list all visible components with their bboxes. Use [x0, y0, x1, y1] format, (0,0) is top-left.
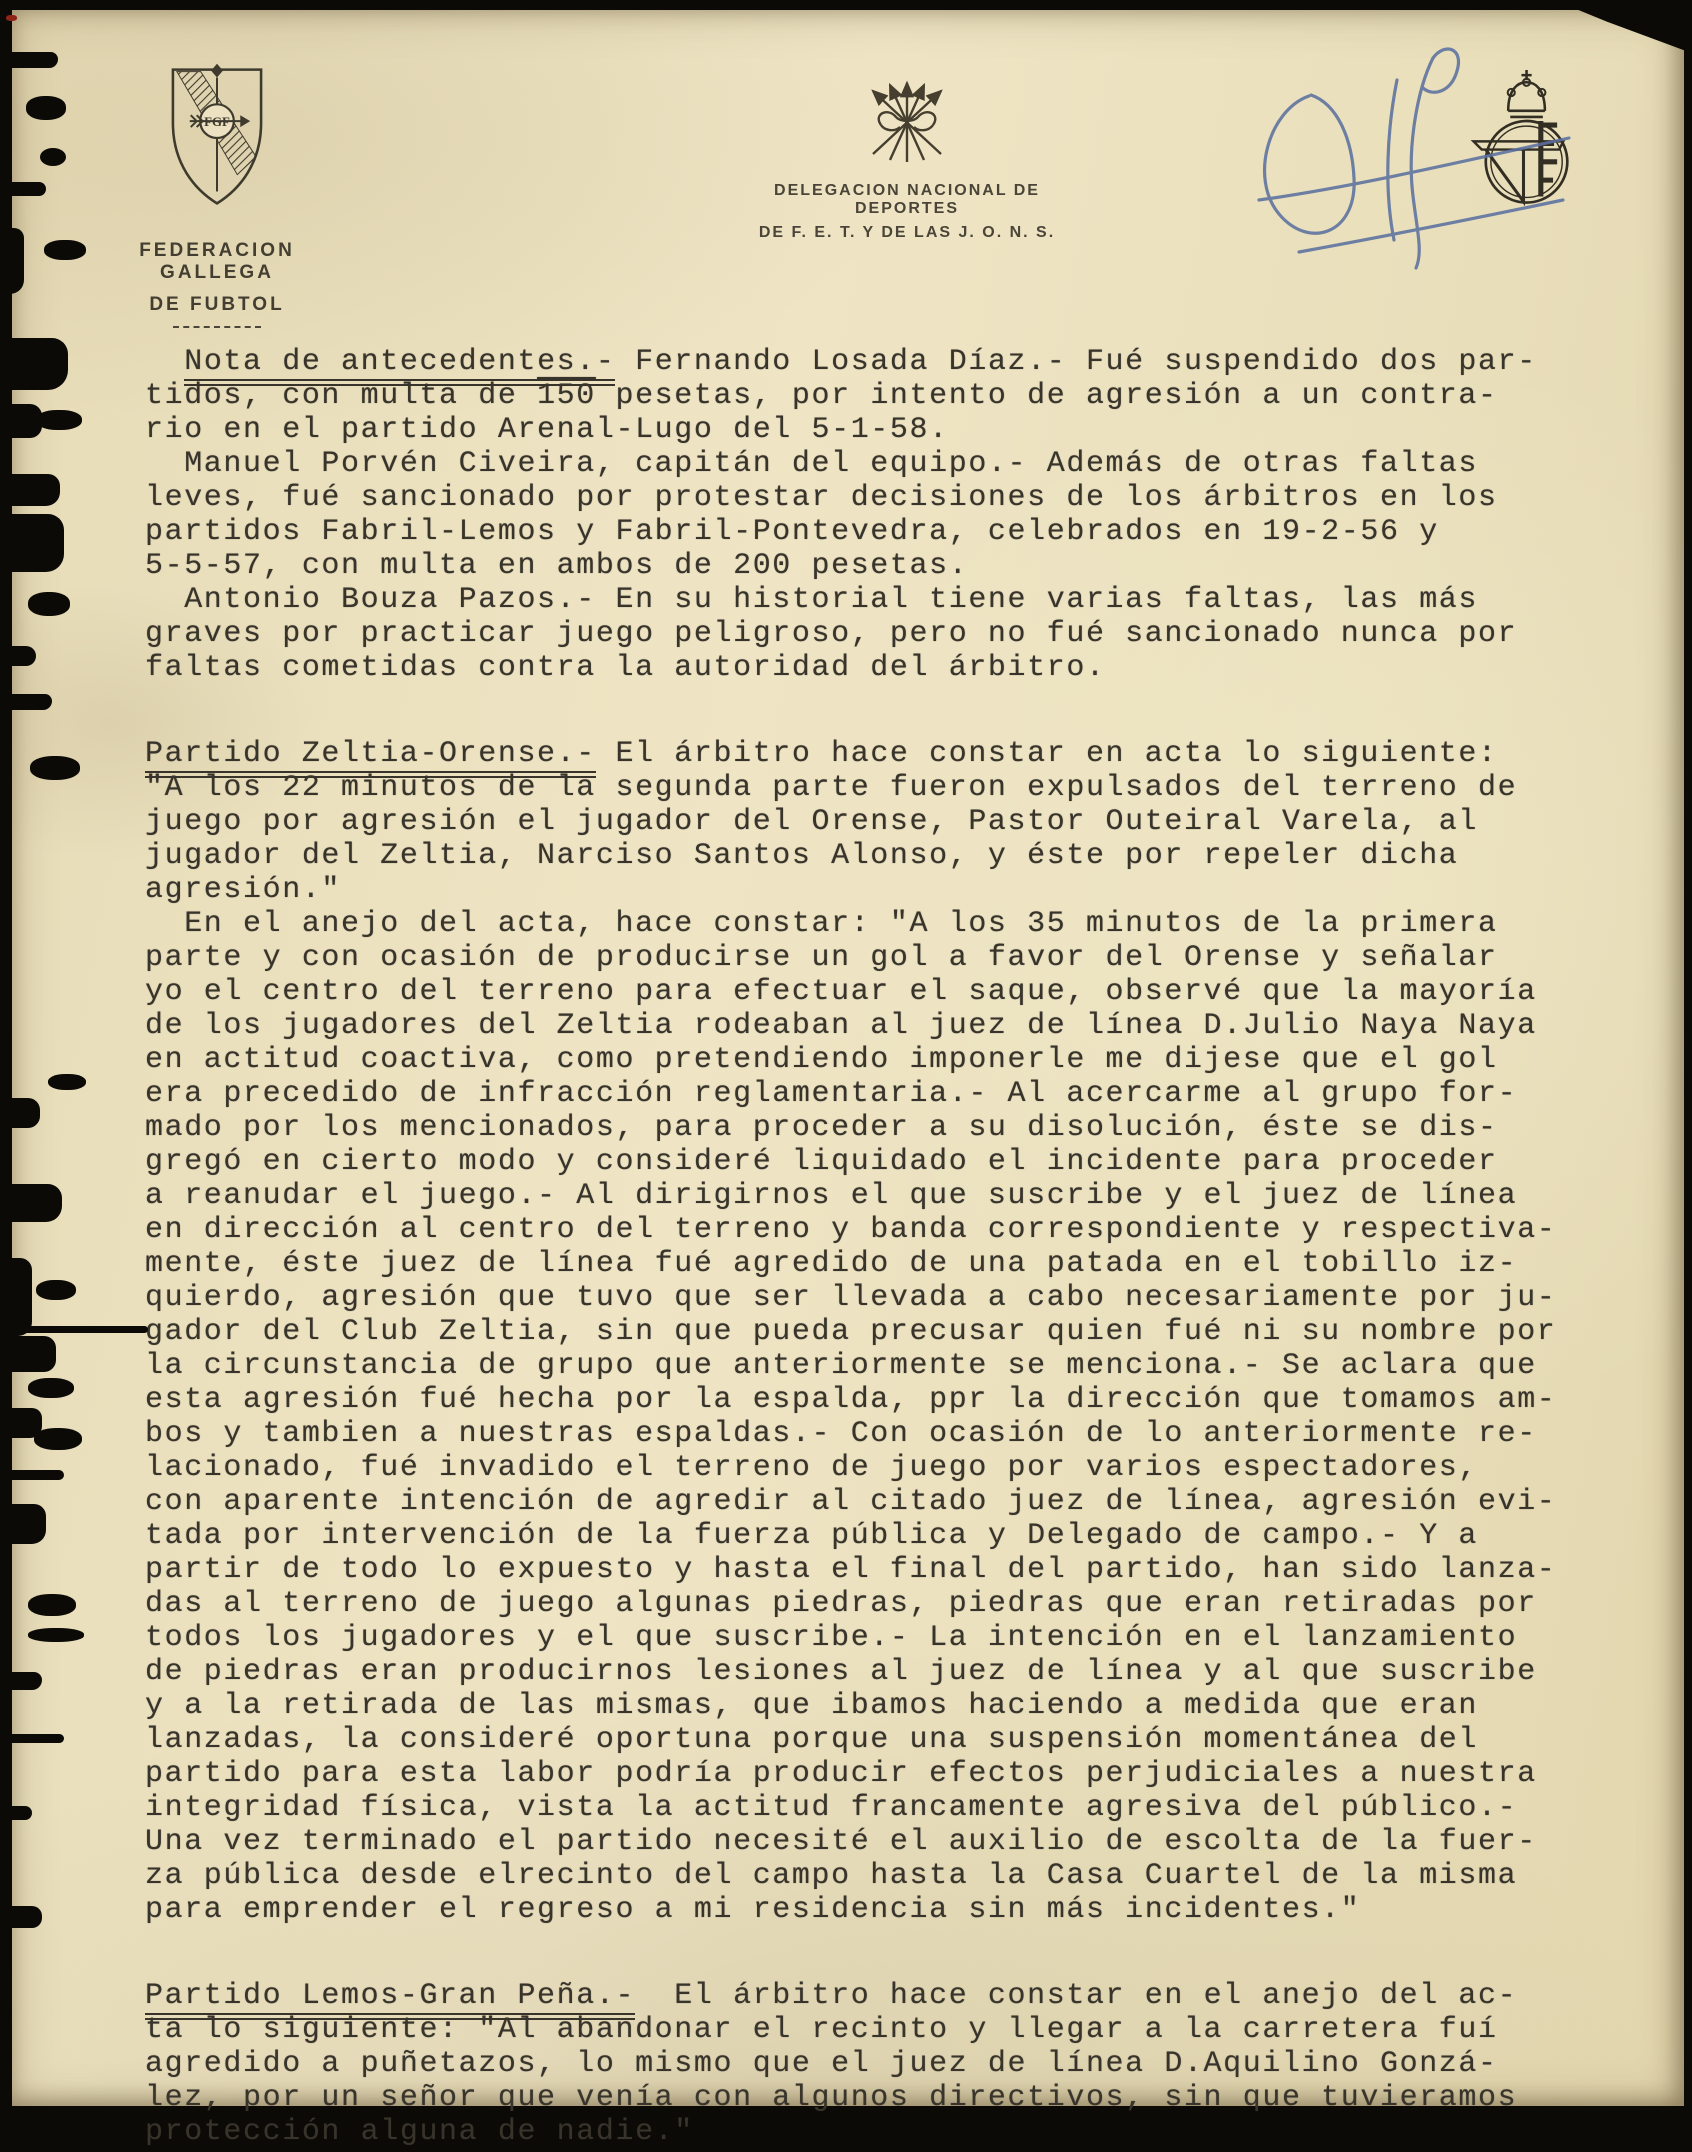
torn-edge-mark [40, 148, 66, 166]
falange-yoke-arrows-emblem [861, 80, 953, 164]
federation-name-line2: DE FUBTOL [82, 294, 352, 316]
fgf-shield-emblem: FGF [165, 60, 269, 212]
text-line: era precedido de infracción reglamentari… [145, 1077, 1645, 1111]
text-line: Una vez terminado el partido necesité el… [145, 1825, 1645, 1859]
torn-edge-mark [28, 592, 70, 616]
text-line: jugador del Zeltia, Narciso Santos Alons… [145, 839, 1645, 873]
text-line: lacionado, fué invadido el terreno de ju… [145, 1451, 1645, 1485]
text-line: faltas cometidas contra la autoridad del… [145, 651, 1645, 685]
text-line: de piedras eran producirnos lesiones al … [145, 1655, 1645, 1689]
text-line: en dirección al centro del terreno y ban… [145, 1213, 1645, 1247]
text-line: bos y tambien a nuestras espaldas.- Con … [145, 1417, 1645, 1451]
text-line: la circunstancia de grupo que anteriorme… [145, 1349, 1645, 1383]
text-line: lanzadas, la consideré oportuna porque u… [145, 1723, 1645, 1757]
paragraph: En el anejo del acta, hace constar: "A l… [145, 907, 1645, 1927]
torn-edge-mark [30, 756, 80, 780]
text-line: tidos, con multa de 150 pesetas, por int… [145, 379, 1645, 413]
torn-edge-mark [0, 1734, 64, 1743]
delegation-line2: DE F. E. T. Y DE LAS J. O. N. S. [742, 224, 1072, 242]
text-line: a reanudar el juego.- Al dirigirnos el q… [145, 1179, 1645, 1213]
torn-edge-mark [0, 1470, 64, 1480]
torn-edge-mark [0, 694, 52, 710]
federation-letterhead: FGF FEDERACION GALLEGA DE FUBTOL [82, 60, 352, 328]
text-line: para emprender el regreso a mi residenci… [145, 1893, 1645, 1927]
torn-edge-mark [36, 1280, 76, 1300]
torn-edge-mark [48, 1074, 86, 1090]
torn-edge-mark [28, 1378, 74, 1398]
text-line: leves, fué sancionado por protestar deci… [145, 481, 1645, 515]
torn-edge-mark [0, 474, 60, 506]
text-line: Partido Zeltia-Orense.- El árbitro hace … [145, 737, 1645, 771]
delegation-line1: DELEGACION NACIONAL DE DEPORTES [742, 182, 1072, 218]
text-line: das al terreno de juego algunas piedras,… [145, 1587, 1645, 1621]
text-line: ta lo siguiente: "Al abandonar el recint… [145, 2013, 1645, 2047]
text-line: tada por intervención de la fuerza públi… [145, 1519, 1645, 1553]
paragraph: Partido Zeltia-Orense.- El árbitro hace … [145, 737, 1645, 907]
text-line: yo el centro del terreno para efectuar e… [145, 975, 1645, 1009]
text-line: todos los jugadores y el que suscribe.- … [145, 1621, 1645, 1655]
text-line: agredido a puñetazos, lo mismo que el ju… [145, 2047, 1645, 2081]
handwritten-signature [1237, 38, 1582, 273]
text-line: lez, por un señor que venía con algunos … [145, 2081, 1645, 2115]
text-line: partido para esta labor podría producir … [145, 1757, 1645, 1791]
paragraph: Nota de antecedentes.- Fernando Losada D… [145, 345, 1645, 447]
delegation-letterhead: DELEGACION NACIONAL DE DEPORTES DE F. E.… [742, 80, 1072, 242]
text-line: gador del Club Zeltia, sin que pueda pre… [145, 1315, 1645, 1349]
torn-edge-mark [0, 182, 46, 196]
text-line: rio en el partido Arenal-Lugo del 5-1-58… [145, 413, 1645, 447]
text-line: Manuel Porvén Civeira, capitán del equip… [145, 447, 1645, 481]
text-line: partir de todo lo expuesto y hasta el fi… [145, 1553, 1645, 1587]
text-line: integridad física, vista la actitud fran… [145, 1791, 1645, 1825]
text-line: parte y con ocasión de producirse un gol… [145, 941, 1645, 975]
torn-edge-mark [28, 1628, 84, 1642]
torn-edge-mark [0, 514, 64, 572]
red-fleck-mark [6, 15, 17, 21]
letterhead-rule [173, 326, 261, 328]
torn-edge-mark [0, 646, 36, 666]
torn-edge-mark [0, 1672, 42, 1690]
torn-edge-mark [26, 96, 66, 120]
text-line: juego por agresión el jugador del Orense… [145, 805, 1645, 839]
text-line: de los jugadores del Zeltia rodeaban al … [145, 1009, 1645, 1043]
torn-edge-mark [0, 1098, 40, 1128]
paragraph: Partido Lemos-Gran Peña.- El árbitro hac… [145, 1979, 1645, 2149]
torn-edge-mark [34, 1428, 82, 1450]
text-line: 5-5-57, con multa en ambos de 200 peseta… [145, 549, 1645, 583]
paragraph: Manuel Porvén Civeira, capitán del equip… [145, 447, 1645, 583]
text-line: protección alguna de nadie." [145, 2115, 1645, 2149]
text-line: gregó en cierto modo y consideré liquida… [145, 1145, 1645, 1179]
text-line: en actitud coactiva, como pretendiendo i… [145, 1043, 1645, 1077]
torn-edge-mark [0, 1336, 56, 1372]
text-line: quierdo, agresión que tuvo que ser lleva… [145, 1281, 1645, 1315]
torn-edge-mark [28, 1594, 76, 1616]
scanned-document: FGF FEDERACION GALLEGA DE FUBTOL [0, 0, 1692, 2152]
torn-edge-mark [0, 1806, 32, 1820]
torn-edge-mark [0, 1326, 148, 1333]
text-line: En el anejo del acta, hace constar: "A l… [145, 907, 1645, 941]
text-line: "A los 22 minutos de la segunda parte fu… [145, 771, 1645, 805]
text-line: za pública desde elrecinto del campo has… [145, 1859, 1645, 1893]
torn-edge-mark [0, 1504, 46, 1544]
torn-edge-mark [0, 1184, 62, 1222]
torn-edge-mark [0, 52, 58, 68]
text-line: Nota de antecedentes.- Fernando Losada D… [145, 345, 1645, 379]
text-line: Antonio Bouza Pazos.- En su historial ti… [145, 583, 1645, 617]
paragraph: Antonio Bouza Pazos.- En su historial ti… [145, 583, 1645, 685]
torn-edge-mark [0, 338, 68, 390]
text-line: con aparente intención de agredir al cit… [145, 1485, 1645, 1519]
torn-edge-mark [44, 240, 86, 260]
torn-edge-mark [0, 1258, 32, 1336]
text-line: agresión." [145, 873, 1645, 907]
text-line: mente, éste juez de línea fué agredido d… [145, 1247, 1645, 1281]
text-line: esta agresión fué hecha por la espalda, … [145, 1383, 1645, 1417]
text-line: partidos Fabril-Lemos y Fabril-Pontevedr… [145, 515, 1645, 549]
document-body: Nota de antecedentes.- Fernando Losada D… [145, 345, 1645, 2149]
text-line: graves por practicar juego peligroso, pe… [145, 617, 1645, 651]
federation-name-line1: FEDERACION GALLEGA [82, 240, 352, 284]
torn-edge-mark [0, 1906, 42, 1928]
text-line: Partido Lemos-Gran Peña.- El árbitro hac… [145, 1979, 1645, 2013]
torn-edge-mark [36, 410, 82, 430]
text-line: mado por los mencionados, para proceder … [145, 1111, 1645, 1145]
document-page: FGF FEDERACION GALLEGA DE FUBTOL [12, 10, 1684, 2106]
text-line: y a la retirada de las mismas, que ibamo… [145, 1689, 1645, 1723]
torn-edge-mark [0, 228, 24, 294]
